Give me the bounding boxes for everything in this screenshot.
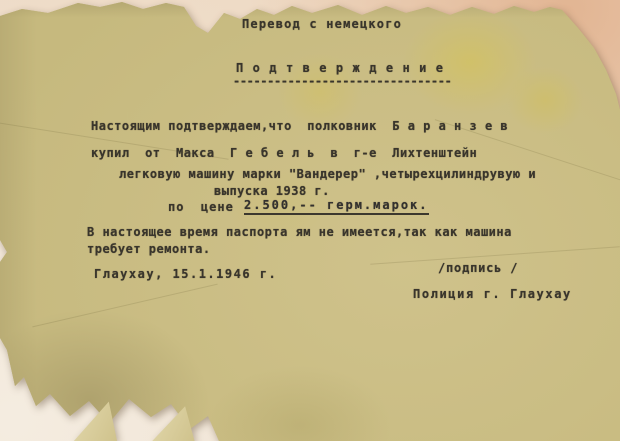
- signature-note: /подпись /: [438, 261, 518, 275]
- body-line-2: купил от Макса Г е б е л ь в г-е Лихтенш…: [91, 146, 477, 160]
- note-line-2: требует ремонта.: [87, 242, 211, 256]
- title-underline: --------------------------------: [233, 74, 451, 88]
- body-line-1: Настоящим подтверждаем,что полковник Б а…: [91, 119, 508, 133]
- price-value: 2.500,-- герм.марок.: [244, 198, 429, 215]
- issuer-police: Полиция г. Глаухау: [413, 287, 572, 301]
- place-and-date: Глаухау, 15.1.1946 г.: [94, 267, 277, 281]
- document-title: П о д т в е р ж д е н и е: [236, 61, 444, 75]
- price-label: по цене: [168, 200, 234, 214]
- note-line-1: В настоящее время паспорта ям не имеется…: [87, 225, 512, 239]
- translation-note: Перевод с немецкого: [242, 17, 402, 31]
- paper-crease: [32, 284, 217, 328]
- scanned-document-scene: Перевод с немецкого П о д т в е р ж д е …: [0, 0, 620, 441]
- body-line-4: выпуска 1938 г.: [214, 184, 330, 198]
- body-line-3: легковую машину марки "Вандерер" ,четыре…: [119, 167, 536, 181]
